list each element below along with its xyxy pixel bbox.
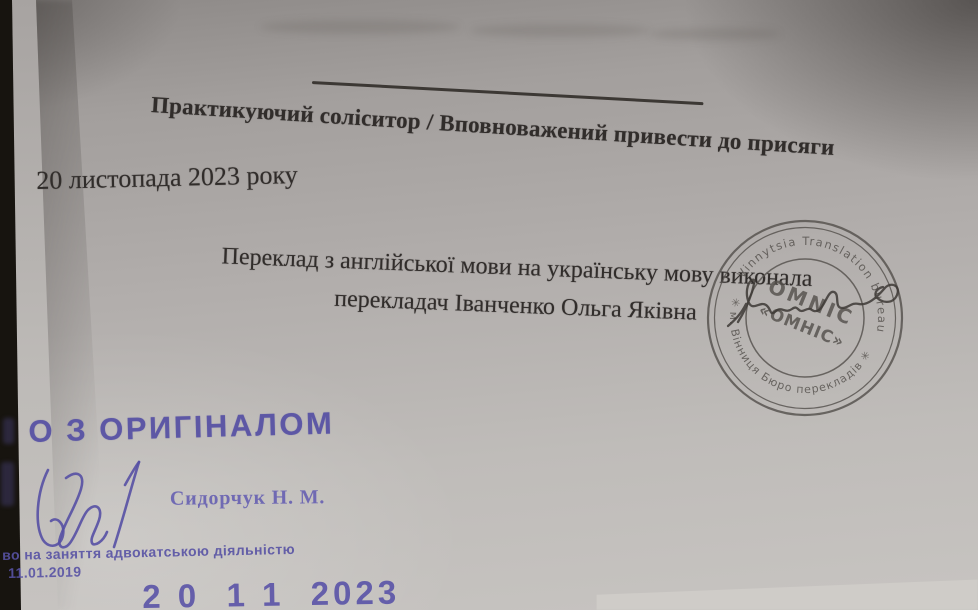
- license-date: 11.01.2019: [8, 563, 82, 581]
- translator-signature: [708, 256, 913, 340]
- document-photo: Практикуючий соліситор / Вповноважений п…: [0, 0, 978, 610]
- bleed-through-smudge: [650, 28, 780, 40]
- bleed-through-smudge: [470, 24, 650, 37]
- document-date: 20 листопада 2023 року: [36, 160, 298, 196]
- signatory-title: Практикуючий соліситор / Вповноважений п…: [150, 92, 910, 166]
- date-stamp: 2 0 1 1 2023: [142, 574, 400, 610]
- signature-line: [312, 81, 704, 105]
- ink-mark: [1, 462, 14, 506]
- ink-mark: [3, 418, 14, 444]
- certified-copy-stamp: О З ОРИГІНАЛОМ: [28, 405, 335, 450]
- certifier-name: Сидорчук Н. М.: [170, 486, 325, 511]
- bleed-through-smudge: [260, 20, 460, 34]
- certifier-signature: [26, 454, 176, 556]
